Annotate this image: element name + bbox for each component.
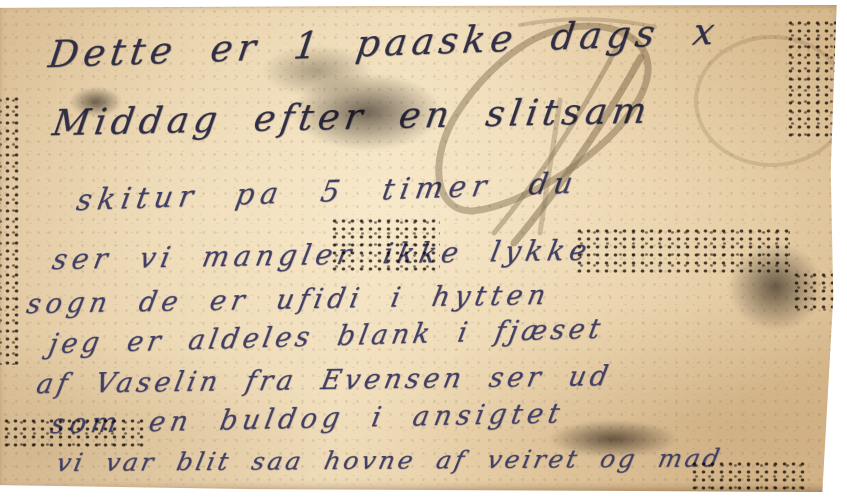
ink-speckles [786,19,840,137]
paper-sheet: Dette er 1 paaske dags x Middag efter en… [0,5,840,492]
ink-speckles [792,271,840,313]
handwritten-line: Middag efter en slitsam [50,90,655,144]
handwritten-line: skitur pa 5 timer du [74,165,582,217]
handwritten-line: sogn de er ufidi i hytten [24,280,553,320]
handwritten-line: af Vaselin fra Evensen ser ud [34,361,615,400]
handwritten-line: jeg er aldeles blank i fjæset [46,314,606,361]
ink-smudge [728,243,823,331]
scanned-document: Dette er 1 paaske dags x Middag efter en… [0,0,847,499]
ink-speckles [0,95,22,365]
pencil-oval-mark [696,37,840,165]
ink-speckles [575,227,790,275]
handwritten-line: vi var blit saa hovne af veiret og mad [54,443,725,477]
handwritten-line: som en buldog i ansigtet [48,398,567,440]
handwritten-line: Dette er 1 paaske dags x [46,10,722,77]
handwritten-line: ser vi mangler ikke lykke [50,234,595,277]
